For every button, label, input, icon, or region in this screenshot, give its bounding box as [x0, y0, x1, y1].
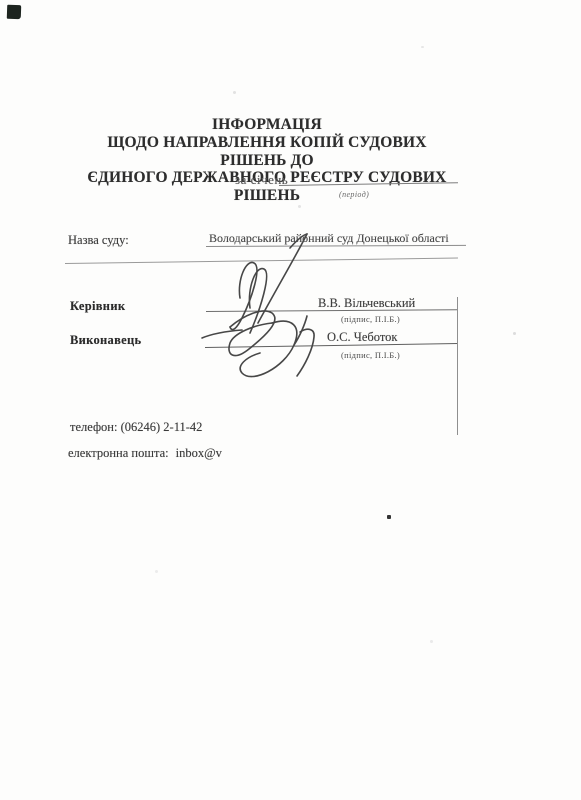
document-title: ІНФОРМАЦІЯ ЩОДО НАПРАВЛЕННЯ КОПІЙ СУДОВИ… [78, 116, 456, 205]
signature-caption-1: (підпис, П.І.Б.) [341, 314, 400, 324]
scan-speck [421, 46, 424, 48]
scan-speck [233, 91, 236, 94]
scan-speck [513, 332, 516, 335]
title-line-1: ІНФОРМАЦІЯ [78, 116, 456, 134]
email-label: електронна пошта: [68, 446, 169, 460]
signer-role-vykonavets: Виконавець [70, 333, 141, 348]
phone-row: телефон: (06246) 2-11-42 [70, 420, 202, 435]
signer-role-kerivnyk: Керівник [70, 299, 125, 314]
period-caption: (період) [339, 190, 369, 199]
title-line-2: ЩОДО НАПРАВЛЕННЯ КОПІЙ СУДОВИХ РІШЕНЬ ДО [78, 134, 456, 170]
scanned-document-page: ІНФОРМАЦІЯ ЩОДО НАПРАВЛЕННЯ КОПІЙ СУДОВИ… [0, 0, 581, 800]
phone-value: (06246) 2-11-42 [121, 420, 203, 434]
scan-speck [430, 640, 433, 643]
scan-speck [298, 205, 301, 208]
table-border-vertical-rule [457, 297, 458, 435]
scan-speck [387, 515, 391, 519]
signer-name-2: О.С. Чеботок [327, 330, 397, 345]
scan-speck [155, 570, 158, 573]
scan-corner-artifact [7, 5, 21, 19]
email-row: електронна пошта:inbox@v [68, 446, 222, 461]
court-name-label: Назва суду: [68, 233, 129, 248]
handwritten-signature-scribble [193, 226, 327, 398]
phone-label: телефон: [70, 420, 117, 434]
signature-caption-2: (підпис, П.І.Б.) [341, 350, 400, 360]
email-value: inbox@v [176, 446, 222, 460]
